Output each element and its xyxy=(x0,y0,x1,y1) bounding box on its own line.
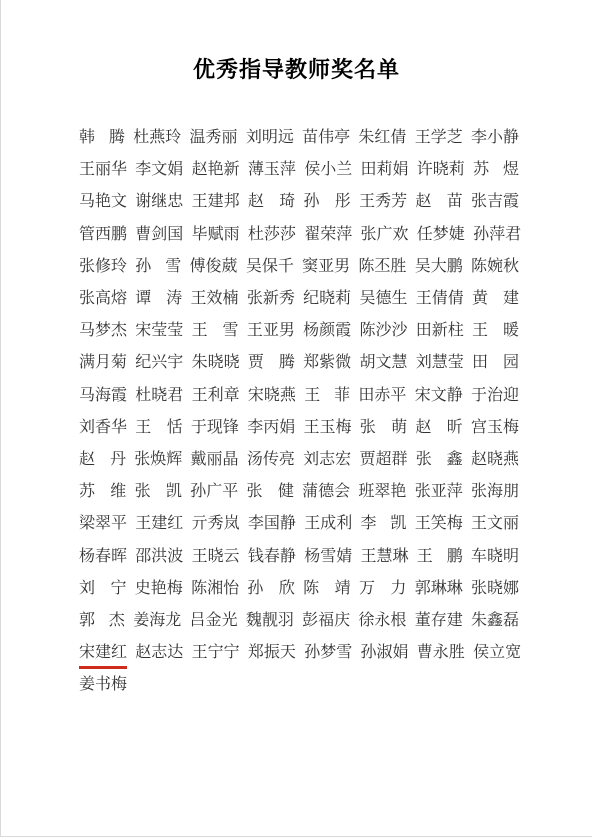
name-cell: 董存建 xyxy=(415,611,463,631)
name-cell: 刘香华 xyxy=(79,418,127,438)
name-cell: 李凯 xyxy=(360,514,406,534)
name-cell: 陈丕胜 xyxy=(358,257,406,277)
name-cell: 汤传亮 xyxy=(247,450,295,470)
name-cell: 张亚萍 xyxy=(415,482,463,502)
name-cell: 刘慧莹 xyxy=(416,353,464,373)
name-cell: 宋文静 xyxy=(415,386,463,406)
name-cell: 李国静 xyxy=(248,514,296,534)
name-cell: 贾腾 xyxy=(248,353,295,373)
name-cell: 孙广平 xyxy=(190,482,238,502)
name-cell: 曹永胜 xyxy=(417,643,465,663)
name-cell: 谢继忠 xyxy=(135,192,183,212)
name-cell: 孙雪 xyxy=(135,257,181,277)
name-cell: 张健 xyxy=(247,482,294,502)
name-cell: 彭福庆 xyxy=(302,611,350,631)
document-page: 优秀指导教师奖名单 韩腾杜燕玲温秀丽刘明远苗伟亭朱红倩王学芝李小静王丽华李文娟赵… xyxy=(0,0,592,837)
name-cell: 纪兴宇 xyxy=(135,353,183,373)
name-cell: 张修玲 xyxy=(79,257,127,277)
name-cell: 窦亚男 xyxy=(302,257,350,277)
name-cell: 吴大鹏 xyxy=(415,257,463,277)
name-cell: 李丙娟 xyxy=(247,418,295,438)
name-cell: 王笑梅 xyxy=(415,514,463,534)
name-cell: 陈靖 xyxy=(303,579,350,599)
name-cell: 马艳文 xyxy=(79,192,127,212)
name-cell: 侯小兰 xyxy=(304,160,352,180)
name-cell: 孙淑娟 xyxy=(360,643,408,663)
name-cell: 宋晓燕 xyxy=(248,386,296,406)
name-cell: 张高熔 xyxy=(79,289,127,309)
name-cell: 杜晓君 xyxy=(135,386,183,406)
name-cell: 郑振天 xyxy=(248,643,296,663)
name-cell: 吴保千 xyxy=(246,257,294,277)
name-cell: 魏靓羽 xyxy=(246,611,294,631)
name-row: 张高熔谭涛王效楠张新秀纪晓莉吴德生王倩倩黄建 xyxy=(79,283,519,315)
name-cell: 孙欣 xyxy=(247,579,294,599)
name-cell: 杨春晖 xyxy=(79,547,127,567)
name-row: 马艳文谢继忠王建邦赵琦孙彤王秀芳赵苗张吉霞 xyxy=(79,186,519,218)
name-cell: 王秀芳 xyxy=(359,192,407,212)
name-cell: 刘宁 xyxy=(79,579,126,599)
name-cell: 姜书梅 xyxy=(79,675,127,695)
name-cell: 田赤平 xyxy=(358,386,406,406)
name-cell: 苗伟亭 xyxy=(302,128,350,148)
name-cell: 徐永根 xyxy=(358,611,406,631)
name-cell: 韩腾 xyxy=(79,128,125,148)
name-cell: 宋建红 xyxy=(79,643,127,663)
name-cell: 姜海龙 xyxy=(133,611,181,631)
name-cell: 李文娟 xyxy=(135,160,183,180)
name-cell: 吴德生 xyxy=(359,289,407,309)
name-cell: 史艳梅 xyxy=(135,579,183,599)
name-grid: 韩腾杜燕玲温秀丽刘明远苗伟亭朱红倩王学芝李小静王丽华李文娟赵艳新薄玉萍侯小兰田莉… xyxy=(79,122,519,701)
name-cell: 纪晓莉 xyxy=(303,289,351,309)
name-cell: 郑紫微 xyxy=(303,353,351,373)
name-cell: 管西鹏 xyxy=(79,225,127,245)
name-cell: 薄玉萍 xyxy=(248,160,296,180)
name-cell: 班翠艳 xyxy=(358,482,406,502)
name-cell: 赵志达 xyxy=(135,643,183,663)
name-cell: 赵昕 xyxy=(415,418,462,438)
name-cell: 张鑫 xyxy=(416,450,463,470)
name-cell: 王玉梅 xyxy=(304,418,352,438)
name-cell: 孙萍君 xyxy=(473,225,521,245)
name-cell: 王倩倩 xyxy=(416,289,464,309)
name-cell: 郭琳琳 xyxy=(415,579,463,599)
name-cell: 曹剑国 xyxy=(135,225,183,245)
name-cell: 宋莹莹 xyxy=(135,321,183,341)
name-cell: 王成利 xyxy=(304,514,352,534)
name-cell: 车晓明 xyxy=(471,547,519,567)
name-cell: 王亚男 xyxy=(247,321,295,341)
name-cell: 苏维 xyxy=(79,482,126,502)
name-cell: 张焕辉 xyxy=(134,450,182,470)
name-cell: 黄建 xyxy=(472,289,519,309)
name-cell: 刘明远 xyxy=(246,128,294,148)
name-cell: 孙彤 xyxy=(304,192,351,212)
name-cell: 陈湘怡 xyxy=(191,579,239,599)
name-cell: 王暖 xyxy=(472,321,519,341)
name-cell: 吕金光 xyxy=(190,611,238,631)
name-cell: 王恬 xyxy=(135,418,182,438)
name-cell: 王菲 xyxy=(304,386,350,406)
name-cell: 王建红 xyxy=(135,514,183,534)
name-cell: 于治迎 xyxy=(471,386,519,406)
name-cell: 贾超群 xyxy=(359,450,407,470)
name-cell: 王建邦 xyxy=(192,192,240,212)
name-cell: 张萌 xyxy=(360,418,407,438)
name-row: 王丽华李文娟赵艳新薄玉萍侯小兰田莉娟许晓莉苏煜 xyxy=(79,154,519,186)
name-row: 宋建红赵志达王宁宁郑振天孙梦雪孙淑娟曹永胜侯立宽 xyxy=(79,637,519,669)
name-cell: 王利章 xyxy=(192,386,240,406)
name-row: 刘香华王恬于现锋李丙娟王玉梅张萌赵昕宫玉梅 xyxy=(79,412,519,444)
name-cell: 赵苗 xyxy=(415,192,462,212)
name-cell: 赵艳新 xyxy=(192,160,240,180)
name-cell: 满月菊 xyxy=(79,353,127,373)
name-cell: 陈沙沙 xyxy=(359,321,407,341)
name-row: 杨春晖邵洪波王晓云钱春静杨雪婧王慧琳王鹏车晓明 xyxy=(79,540,519,572)
name-cell: 王文丽 xyxy=(471,514,519,534)
name-cell: 邵洪波 xyxy=(135,547,183,567)
name-row: 赵丹张焕辉戴丽晶汤传亮刘志宏贾超群张鑫赵晓燕 xyxy=(79,444,519,476)
name-cell: 马海霞 xyxy=(79,386,127,406)
name-cell: 王慧琳 xyxy=(360,547,408,567)
name-cell: 亓秀岚 xyxy=(192,514,240,534)
name-cell: 宫玉梅 xyxy=(471,418,519,438)
name-cell: 王雪 xyxy=(192,321,239,341)
name-cell: 朱红倩 xyxy=(358,128,406,148)
name-cell: 孙梦雪 xyxy=(304,643,352,663)
page-title: 优秀指导教师奖名单 xyxy=(1,0,592,83)
name-cell: 任梦婕 xyxy=(417,225,465,245)
name-cell: 杜燕玲 xyxy=(133,128,181,148)
name-cell: 许晓莉 xyxy=(417,160,465,180)
name-cell: 赵丹 xyxy=(79,450,126,470)
name-row: 苏维张凯孙广平张健蒲德会班翠艳张亚萍张海朋 xyxy=(79,476,519,508)
name-cell: 王鹏 xyxy=(417,547,463,567)
name-cell: 朱鑫磊 xyxy=(471,611,519,631)
name-cell: 王效楠 xyxy=(191,289,239,309)
name-cell: 刘志宏 xyxy=(303,450,351,470)
name-cell: 张凯 xyxy=(135,482,182,502)
name-cell: 郭杰 xyxy=(79,611,125,631)
name-row: 韩腾杜燕玲温秀丽刘明远苗伟亭朱红倩王学芝李小静 xyxy=(79,122,519,154)
name-cell: 朱晓晓 xyxy=(192,353,240,373)
name-cell: 于现锋 xyxy=(191,418,239,438)
name-cell: 胡文慧 xyxy=(359,353,407,373)
name-cell: 马梦杰 xyxy=(79,321,127,341)
name-cell: 陈婉秋 xyxy=(471,257,519,277)
name-row: 马海霞杜晓君王利章宋晓燕王菲田赤平宋文静于治迎 xyxy=(79,380,519,412)
name-cell: 田莉娟 xyxy=(360,160,408,180)
name-cell: 赵琦 xyxy=(248,192,295,212)
name-cell: 杨雪婧 xyxy=(304,547,352,567)
name-cell: 王晓云 xyxy=(192,547,240,567)
name-cell: 田新柱 xyxy=(416,321,464,341)
name-cell: 李小静 xyxy=(471,128,519,148)
name-cell: 温秀丽 xyxy=(190,128,238,148)
name-row: 张修玲孙雪傅俊葳吴保千窦亚男陈丕胜吴大鹏陈婉秋 xyxy=(79,251,519,283)
name-row: 郭杰姜海龙吕金光魏靓羽彭福庆徐永根董存建朱鑫磊 xyxy=(79,605,519,637)
name-cell: 张广欢 xyxy=(360,225,408,245)
name-row: 满月菊纪兴宇朱晓晓贾腾郑紫微胡文慧刘慧莹田园 xyxy=(79,347,519,379)
name-row: 管西鹏曹剑国毕赋雨杜莎莎翟荣萍张广欢任梦婕孙萍君 xyxy=(79,219,519,251)
name-cell: 赵晓燕 xyxy=(471,450,519,470)
name-cell: 张海朋 xyxy=(471,482,519,502)
name-row: 马梦杰宋莹莹王雪王亚男杨颜霞陈沙沙田新柱王暖 xyxy=(79,315,519,347)
name-cell: 戴丽晶 xyxy=(191,450,239,470)
name-cell: 钱春静 xyxy=(248,547,296,567)
name-cell: 傅俊葳 xyxy=(190,257,238,277)
name-cell: 翟荣萍 xyxy=(304,225,352,245)
name-cell: 毕赋雨 xyxy=(192,225,240,245)
name-cell: 谭涛 xyxy=(135,289,182,309)
name-cell: 田园 xyxy=(472,353,519,373)
name-cell: 张晓娜 xyxy=(471,579,519,599)
name-cell: 杨颜霞 xyxy=(303,321,351,341)
name-cell: 苏煜 xyxy=(473,160,519,180)
name-cell: 张吉霞 xyxy=(471,192,519,212)
name-row: 姜书梅 xyxy=(79,669,519,701)
name-cell: 蒲德会 xyxy=(302,482,350,502)
name-cell: 万力 xyxy=(359,579,406,599)
name-cell: 梁翠平 xyxy=(79,514,127,534)
name-cell: 王宁宁 xyxy=(192,643,240,663)
name-row: 梁翠平王建红亓秀岚李国静王成利李凯王笑梅王文丽 xyxy=(79,508,519,540)
name-cell: 王学芝 xyxy=(415,128,463,148)
name-cell: 侯立宽 xyxy=(473,643,521,663)
name-cell: 王丽华 xyxy=(79,160,127,180)
name-row: 刘宁史艳梅陈湘怡孙欣陈靖万力郭琳琳张晓娜 xyxy=(79,573,519,605)
name-cell: 杜莎莎 xyxy=(248,225,296,245)
name-cell: 张新秀 xyxy=(247,289,295,309)
